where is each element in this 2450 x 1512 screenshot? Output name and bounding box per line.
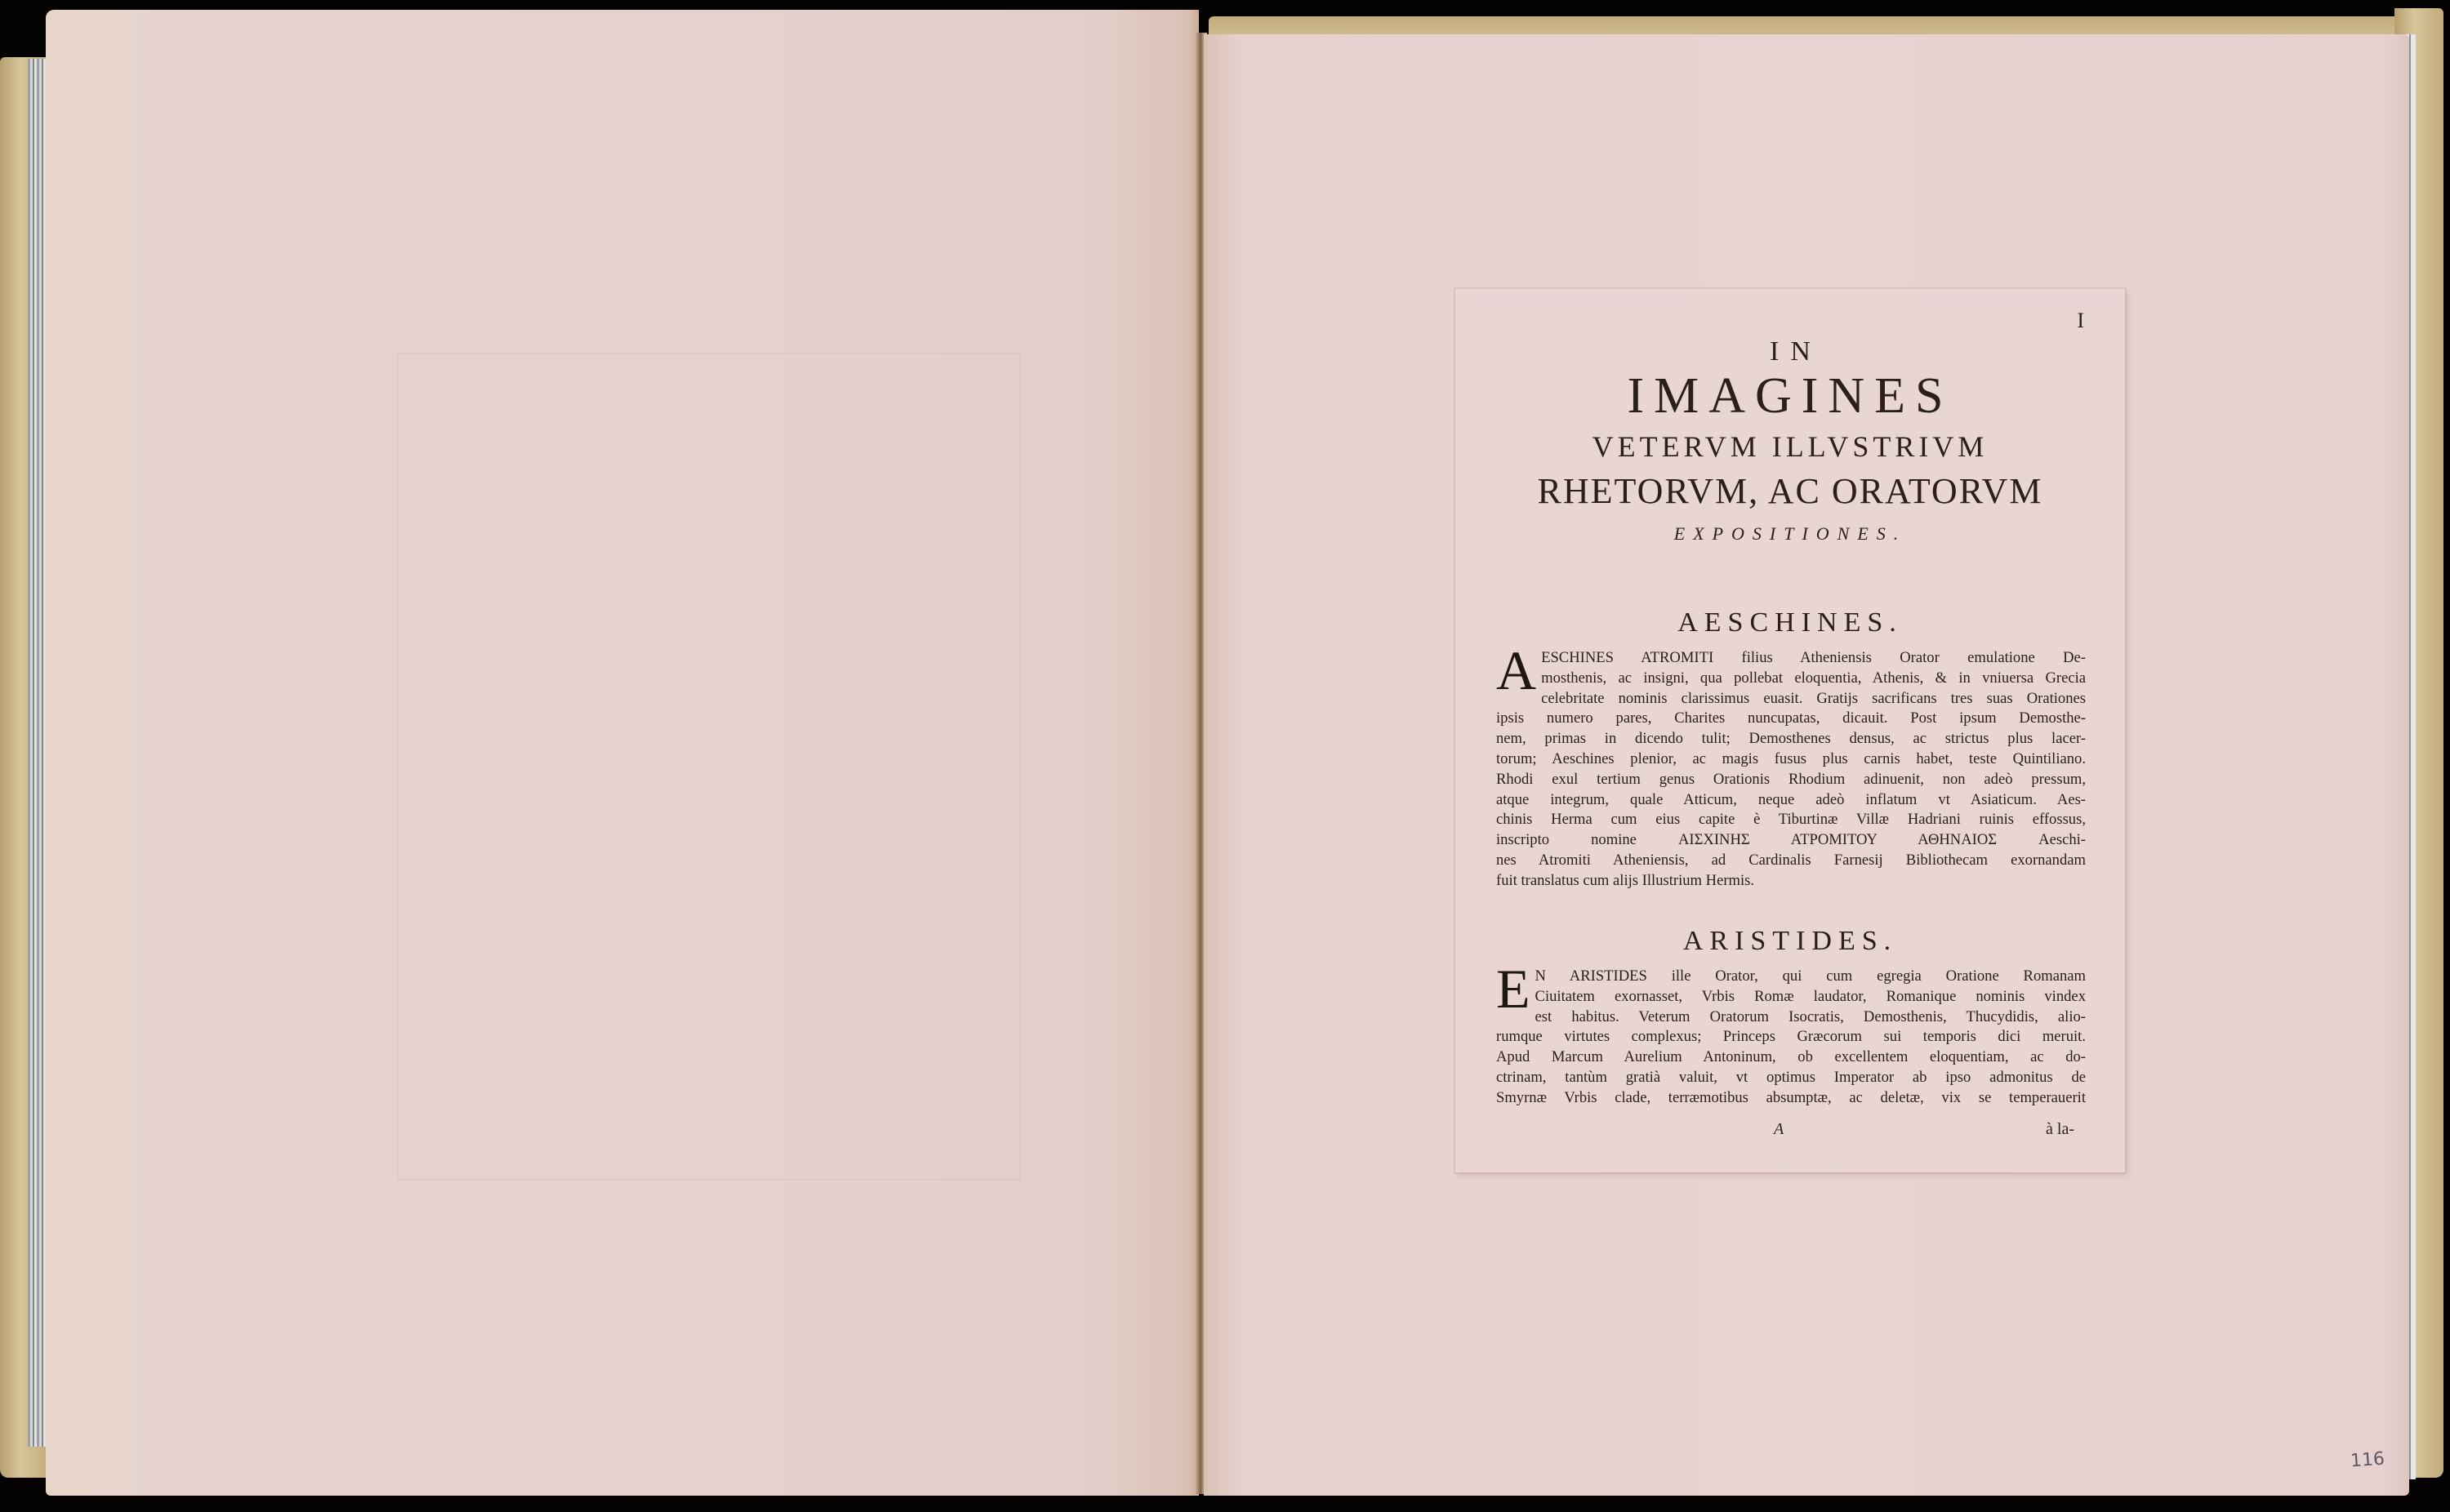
left-page [46,10,1199,1496]
paragraph-aeschines: A ESCHINES ATROMITI filius Atheniensis O… [1496,648,2086,892]
text-line: celebritate nominis clarissimus euasit. … [1496,689,2086,709]
pencil-page-number: 116 [2350,1449,2385,1472]
text-line: nem, primas in dicendo tulit; Demosthene… [1496,729,2086,749]
text-line: torum; Aeschines plenior, ac magis fusus… [1496,749,2086,770]
text-line: ipsis numero pares, Charites nuncupatas,… [1496,709,2086,729]
dropcap-a: A [1496,648,1536,692]
text-line: est habitus. Veterum Oratorum Isocratis,… [1496,1007,2086,1028]
text-line: mosthenis, ac insigni, qua pollebat eloq… [1496,669,2086,689]
text-line: nes Atromiti Atheniensis, ad Cardinalis … [1496,851,2086,871]
text-line: N ARISTIDES ille Orator, qui cum egregia… [1496,967,2086,987]
signature-mark: A [1774,1120,1784,1139]
text-line: Ciuitatem exornasset, Vrbis Romæ laudato… [1496,987,2086,1007]
title-line-veterum: VETERVM ILLVSTRIVM [1455,429,2125,464]
text-line: ctrinam, tantùm gratià valuit, vt optimu… [1496,1068,2086,1088]
title-block: IN IMAGINES VETERVM ILLVSTRIVM RHETORVM,… [1455,336,2125,545]
title-line-expositiones: EXPOSITIONES. [1455,523,2125,545]
text-line: Rhodi exul tertium genus Orationis Rhodi… [1496,770,2086,790]
section-heading-aristides: ARISTIDES. [1455,926,2125,957]
text-line: Smyrnæ Vrbis clade, terræmotibus absumpt… [1496,1088,2086,1109]
section-heading-aeschines: AESCHINES. [1455,607,2125,638]
catchword: à la- [2046,1120,2074,1139]
text-line: chinis Herma cum eius capite è Tiburtinæ… [1496,810,2086,830]
folio-number: I [2077,309,2084,333]
paragraph-aristides: E N ARISTIDES ille Orator, qui cum egreg… [1496,967,2086,1109]
dropcap-e: E [1496,967,1530,1011]
text-line: Apud Marcum Aurelium Antoninum, ob excel… [1496,1047,2086,1068]
text-line: ESCHINES ATROMITI filius Atheniensis Ora… [1496,648,2086,669]
text-line: inscripto nomine ΑΙΣΧΙΝΗΣ ΑΤΡΟΜΙΤΟΥ ΑΘΗΝ… [1496,830,2086,851]
text-line: fuit translatus cum alijs Illustrium Her… [1496,871,2086,892]
title-line-rhetorum: RHETORVM, AC ORATORVM [1455,470,2125,512]
text-line: atque integrum, quale Atticum, neque ade… [1496,790,2086,811]
title-line-in: IN [1467,336,2125,367]
page-edges-left [28,59,46,1447]
offset-plate-mark [397,353,1021,1181]
title-line-imagines: IMAGINES [1455,371,2125,421]
text-line: rumque virtutes complexus; Princeps Græc… [1496,1027,2086,1047]
printed-leaf: I IN IMAGINES VETERVM ILLVSTRIVM RHETORV… [1455,289,2125,1172]
